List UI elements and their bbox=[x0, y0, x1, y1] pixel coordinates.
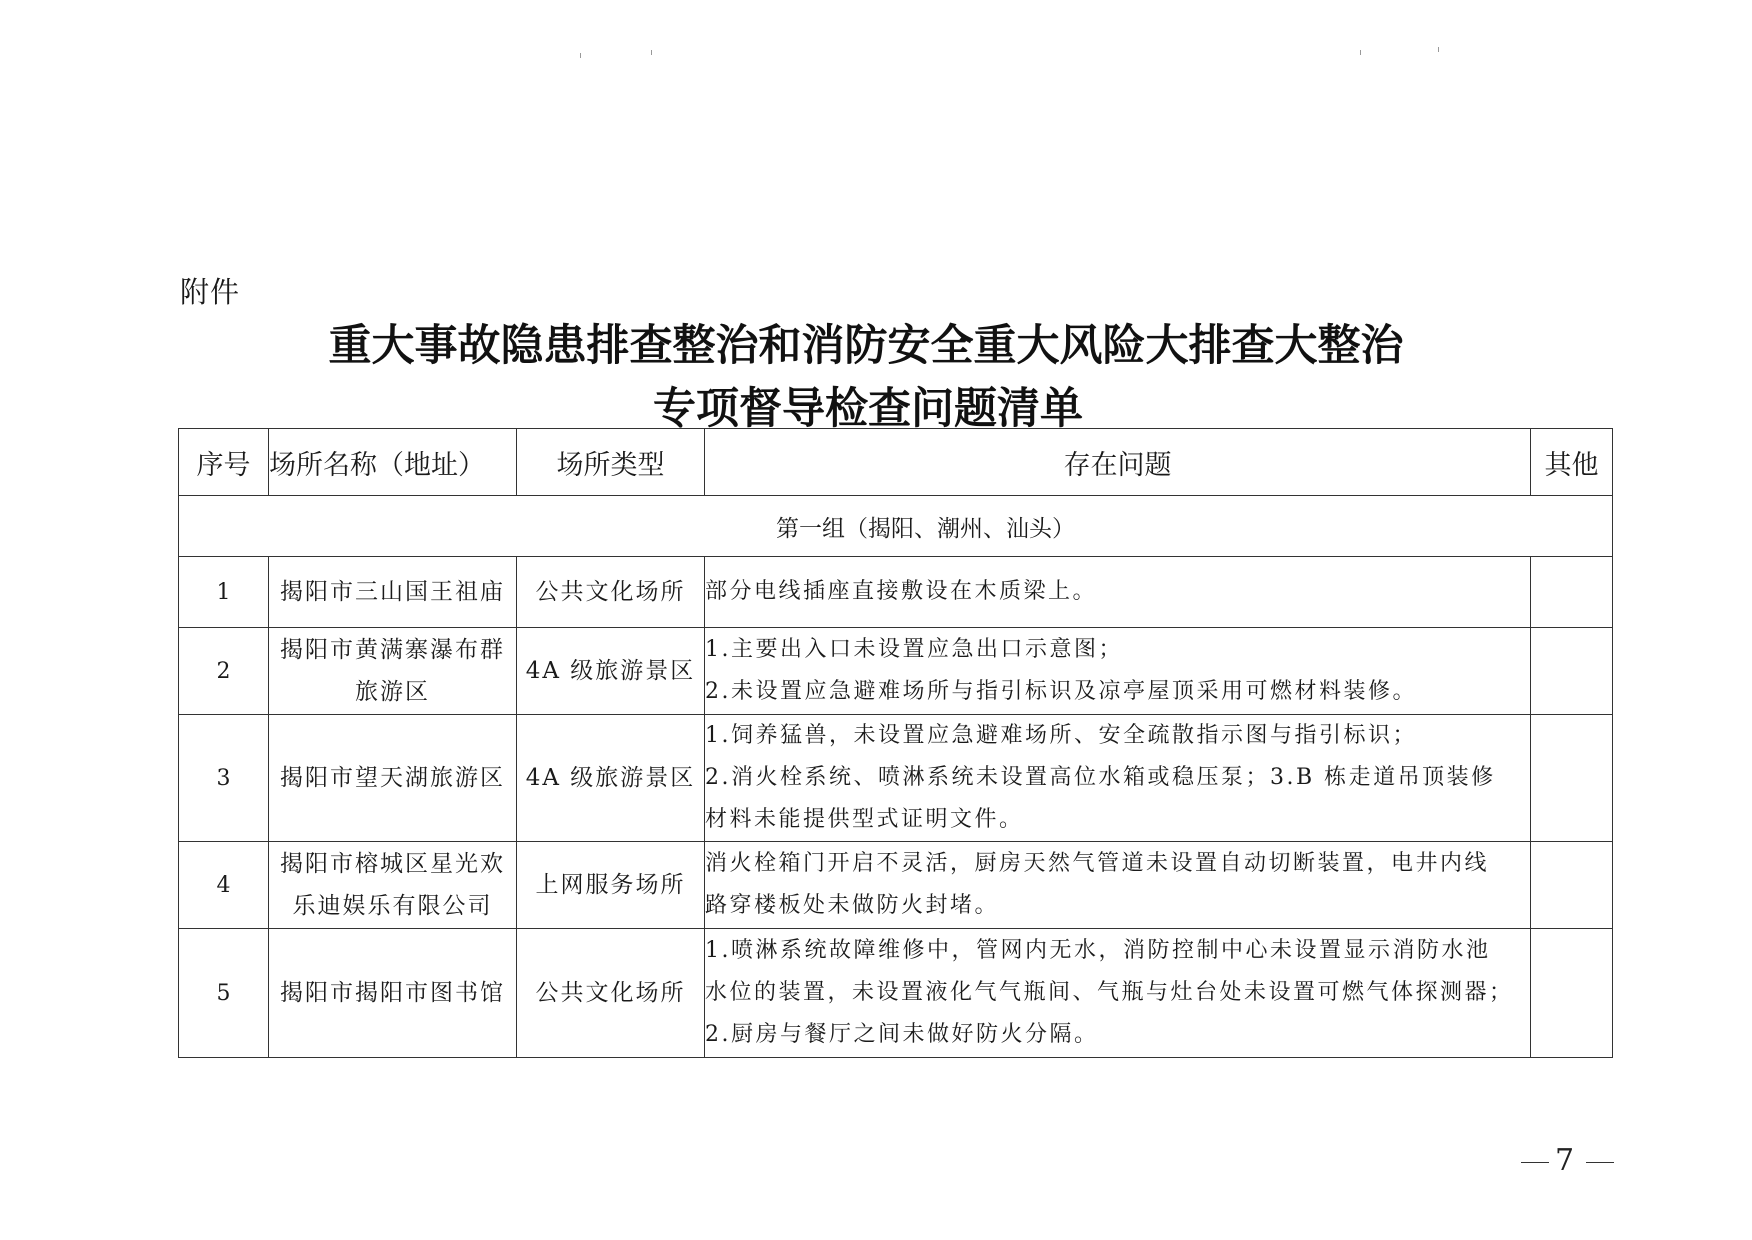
name-line: 揭阳市望天湖旅游区 bbox=[269, 757, 516, 799]
cell-name: 揭阳市三山国王祖庙 bbox=[269, 557, 517, 628]
scan-speck bbox=[1438, 47, 1439, 52]
header-seq: 序号 bbox=[179, 429, 269, 496]
issue-line: 1.主要出入口未设置应急出口示意图； bbox=[705, 629, 1530, 671]
scan-speck bbox=[651, 50, 652, 55]
cell-type: 上网服务场所 bbox=[517, 842, 705, 929]
cell-type: 公共文化场所 bbox=[517, 929, 705, 1058]
name-line: 揭阳市黄满寨瀑布群 bbox=[269, 629, 516, 671]
cell-name: 揭阳市榕城区星光欢 乐迪娱乐有限公司 bbox=[269, 842, 517, 929]
header-other: 其他 bbox=[1531, 429, 1613, 496]
issue-line: 消火栓箱门开启不灵活，厨房天然气管道未设置自动切断装置，电井内线 bbox=[705, 843, 1530, 885]
page-number-value: 7 bbox=[1555, 1143, 1580, 1178]
cell-seq: 5 bbox=[179, 929, 269, 1058]
table-row: 4 揭阳市榕城区星光欢 乐迪娱乐有限公司 上网服务场所 消火栓箱门开启不灵活，厨… bbox=[179, 842, 1613, 929]
issue-line: 2.厨房与餐厅之间未做好防火分隔。 bbox=[705, 1014, 1530, 1056]
issue-line: 部分电线插座直接敷设在木质梁上。 bbox=[705, 571, 1530, 613]
header-issues: 存在问题 bbox=[705, 429, 1531, 496]
cell-seq: 4 bbox=[179, 842, 269, 929]
cell-name: 揭阳市望天湖旅游区 bbox=[269, 715, 517, 842]
name-line: 揭阳市揭阳市图书馆 bbox=[269, 972, 516, 1014]
table-row: 5 揭阳市揭阳市图书馆 公共文化场所 1.喷淋系统故障维修中，管网内无水，消防控… bbox=[179, 929, 1613, 1058]
issue-line: 路穿楼板处未做防火封堵。 bbox=[705, 885, 1530, 927]
page-number: 7 bbox=[1515, 1143, 1620, 1178]
cell-issues: 1.喷淋系统故障维修中，管网内无水，消防控制中心未设置显示消防水池 水位的装置，… bbox=[705, 929, 1531, 1058]
document-title-line-2: 专项督导检查问题清单 bbox=[0, 375, 1744, 436]
cell-type: 4A 级旅游景区 bbox=[517, 715, 705, 842]
cell-name: 揭阳市黄满寨瀑布群 旅游区 bbox=[269, 628, 517, 715]
header-name: 场所名称（地址） bbox=[269, 429, 517, 496]
table-row: 1 揭阳市三山国王祖庙 公共文化场所 部分电线插座直接敷设在木质梁上。 bbox=[179, 557, 1613, 628]
group-row: 第一组（揭阳、潮州、汕头） bbox=[179, 496, 1613, 557]
issue-line: 水位的装置，未设置液化气气瓶间、气瓶与灶台处未设置可燃气体探测器； bbox=[705, 972, 1530, 1014]
issue-line: 1.喷淋系统故障维修中，管网内无水，消防控制中心未设置显示消防水池 bbox=[705, 930, 1530, 972]
cell-issues: 1.饲养猛兽，未设置应急避难场所、安全疏散指示图与指引标识； 2.消火栓系统、喷… bbox=[705, 715, 1531, 842]
issue-line: 2.消火栓系统、喷淋系统未设置高位水箱或稳压泵；3.B 栋走道吊顶装修 bbox=[705, 757, 1530, 799]
dash-left bbox=[1521, 1162, 1549, 1163]
table-row: 3 揭阳市望天湖旅游区 4A 级旅游景区 1.饲养猛兽，未设置应急避难场所、安全… bbox=[179, 715, 1613, 842]
cell-issues: 1.主要出入口未设置应急出口示意图； 2.未设置应急避难场所与指引标识及凉亭屋顶… bbox=[705, 628, 1531, 715]
group-title: 第一组（揭阳、潮州、汕头） bbox=[776, 516, 1075, 542]
document-title-line-1: 重大事故隐患排查整治和消防安全重大风险大排查大整治 bbox=[0, 312, 1742, 373]
table-header-row: 序号 场所名称（地址） 场所类型 存在问题 其他 bbox=[179, 429, 1613, 496]
issues-table: 序号 场所名称（地址） 场所类型 存在问题 其他 第一组（揭阳、潮州、汕头） 1… bbox=[178, 428, 1613, 1058]
header-type: 场所类型 bbox=[517, 429, 705, 496]
cell-seq: 3 bbox=[179, 715, 269, 842]
cell-issues: 消火栓箱门开启不灵活，厨房天然气管道未设置自动切断装置，电井内线 路穿楼板处未做… bbox=[705, 842, 1531, 929]
cell-other bbox=[1531, 557, 1613, 628]
cell-other bbox=[1531, 842, 1613, 929]
cell-type: 公共文化场所 bbox=[517, 557, 705, 628]
scan-speck bbox=[580, 53, 581, 58]
issue-line: 1.饲养猛兽，未设置应急避难场所、安全疏散指示图与指引标识； bbox=[705, 715, 1530, 757]
cell-other bbox=[1531, 929, 1613, 1058]
cell-other bbox=[1531, 628, 1613, 715]
cell-seq: 1 bbox=[179, 557, 269, 628]
name-line: 乐迪娱乐有限公司 bbox=[269, 885, 516, 927]
cell-other bbox=[1531, 715, 1613, 842]
dash-right bbox=[1586, 1162, 1614, 1163]
cell-seq: 2 bbox=[179, 628, 269, 715]
cell-issues: 部分电线插座直接敷设在木质梁上。 bbox=[705, 557, 1531, 628]
table-row: 2 揭阳市黄满寨瀑布群 旅游区 4A 级旅游景区 1.主要出入口未设置应急出口示… bbox=[179, 628, 1613, 715]
name-line: 旅游区 bbox=[269, 671, 516, 713]
group-title-cell: 第一组（揭阳、潮州、汕头） bbox=[179, 496, 1613, 557]
name-line: 揭阳市三山国王祖庙 bbox=[269, 571, 516, 613]
cell-name: 揭阳市揭阳市图书馆 bbox=[269, 929, 517, 1058]
attachment-label: 附件 bbox=[180, 270, 240, 311]
issue-line: 材料未能提供型式证明文件。 bbox=[705, 799, 1530, 841]
scan-speck bbox=[1360, 50, 1361, 55]
cell-type: 4A 级旅游景区 bbox=[517, 628, 705, 715]
name-line: 揭阳市榕城区星光欢 bbox=[269, 843, 516, 885]
issue-line: 2.未设置应急避难场所与指引标识及凉亭屋顶采用可燃材料装修。 bbox=[705, 671, 1530, 713]
